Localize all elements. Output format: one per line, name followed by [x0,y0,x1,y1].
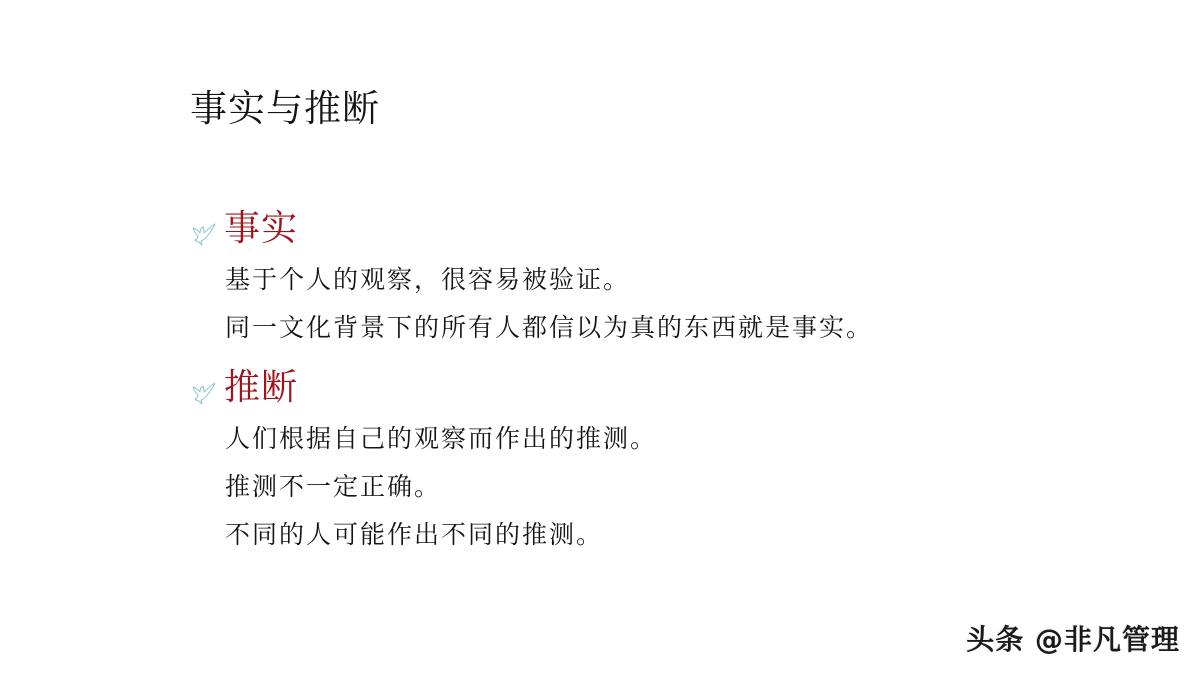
section-heading-row: 推断 [190,365,657,411]
body-line: 同一文化背景下的所有人都信以为真的东西就是事实。 [225,304,873,352]
slide-title: 事实与推断 [190,86,380,132]
section-fact: 事实 基于个人的观察，很容易被验证。 同一文化背景下的所有人都信以为真的东西就是… [190,206,873,352]
body-line: 推测不一定正确。 [225,463,657,511]
body-line: 不同的人可能作出不同的推测。 [225,511,657,559]
section-heading-fact: 事实 [224,206,298,252]
section-body: 基于个人的观察，很容易被验证。 同一文化背景下的所有人都信以为真的东西就是事实。 [225,256,873,352]
dove-icon [190,220,218,248]
section-body: 人们根据自己的观察而作出的推测。 推测不一定正确。 不同的人可能作出不同的推测。 [225,415,657,559]
dove-icon [190,379,218,407]
slide: 事实与推断 事实 基于个人的观察，很容易被验证。 同一文化背景下的所有人都信以为… [0,0,1200,675]
section-heading-inference: 推断 [224,365,298,411]
body-line: 基于个人的观察，很容易被验证。 [225,256,873,304]
section-heading-row: 事实 [190,206,873,252]
section-inference: 推断 人们根据自己的观察而作出的推测。 推测不一定正确。 不同的人可能作出不同的… [190,365,657,559]
watermark: 头条 @非凡管理 [966,620,1180,660]
body-line: 人们根据自己的观察而作出的推测。 [225,415,657,463]
